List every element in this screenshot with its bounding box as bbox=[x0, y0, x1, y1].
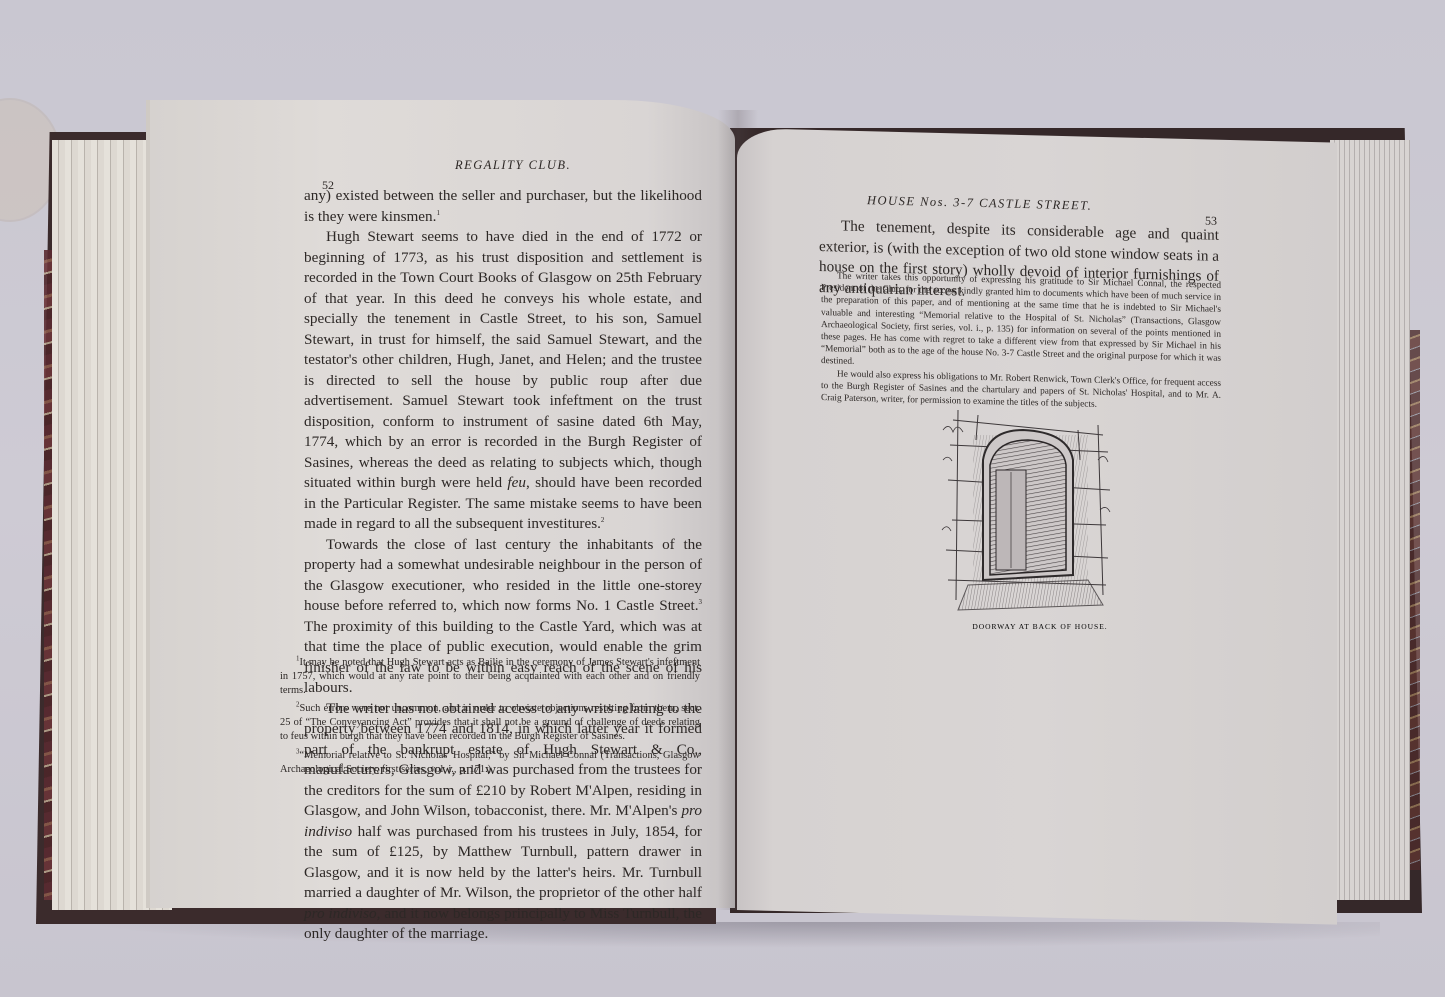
left-footnotes: 1It may be noted that Hugh Stewart acts … bbox=[280, 656, 700, 781]
footnote-ref[interactable]: 1 bbox=[436, 208, 440, 216]
footnote-ref[interactable]: 2 bbox=[601, 516, 605, 524]
text: Towards the close of last century the in… bbox=[304, 536, 702, 615]
footnote-text: “Memorial relative to St. Nicholas' Hosp… bbox=[280, 750, 700, 775]
text: Hugh Stewart seems to have died in the e… bbox=[304, 228, 702, 491]
acknowledgement-paragraph: The writer takes this opportunity of exp… bbox=[821, 270, 1221, 377]
book-shadow bbox=[80, 922, 1380, 948]
footnote: 2Such errors were not uncommon, and in o… bbox=[280, 702, 700, 743]
footnote: 1It may be noted that Hugh Stewart acts … bbox=[280, 656, 700, 697]
right-page-stack bbox=[1330, 140, 1410, 900]
text: any) existed between the seller and purc… bbox=[304, 187, 702, 225]
footnote-text: It may be noted that Hugh Stewart acts a… bbox=[280, 657, 700, 696]
text: half was purchased from his trustees in … bbox=[304, 823, 702, 902]
footnote-ref[interactable]: 3 bbox=[699, 598, 703, 606]
left-body-text: any) existed between the seller and purc… bbox=[304, 186, 702, 945]
footnote: 3“Memorial relative to St. Nicholas' Hos… bbox=[280, 749, 700, 777]
acknowledgements: The writer takes this opportunity of exp… bbox=[821, 270, 1221, 414]
paragraph: any) existed between the seller and purc… bbox=[304, 186, 702, 227]
illustration-caption: DOORWAY AT BACK OF HOUSE. bbox=[960, 622, 1120, 631]
doorway-engraving-icon bbox=[938, 400, 1118, 615]
italic-text: pro indiviso bbox=[304, 905, 377, 922]
left-running-head: REGALITY CLUB. bbox=[455, 158, 571, 173]
right-running-head: HOUSE Nos. 3-7 CASTLE STREET. bbox=[867, 193, 1092, 214]
footnote-text: Such errors were not uncommon, and in or… bbox=[280, 703, 700, 742]
paragraph: Hugh Stewart seems to have died in the e… bbox=[304, 227, 702, 535]
italic-text: feu bbox=[507, 474, 526, 491]
left-page[interactable]: REGALITY CLUB. 52 any) existed between t… bbox=[150, 100, 735, 908]
